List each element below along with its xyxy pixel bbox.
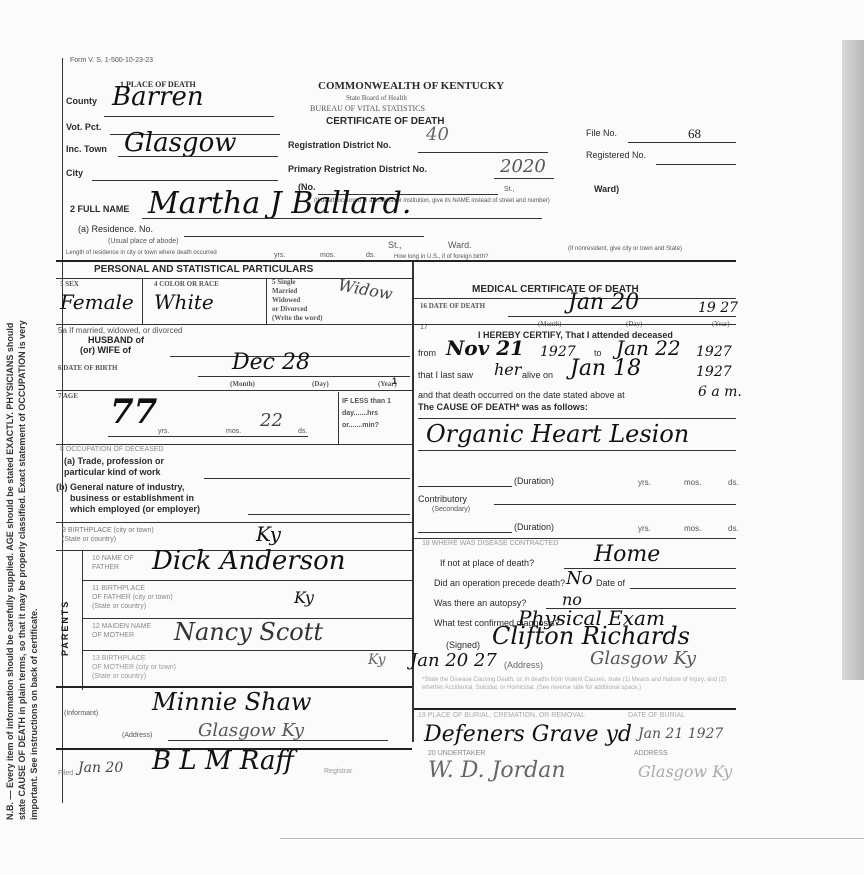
last-saw-date[interactable]: Jan 18 bbox=[570, 356, 641, 381]
informant-value[interactable]: Minnie Shaw bbox=[152, 688, 311, 716]
full-name-line bbox=[142, 218, 542, 219]
date-of-death-line bbox=[508, 316, 736, 317]
row-line bbox=[414, 708, 736, 710]
date-of-label: Date of bbox=[596, 578, 625, 588]
mother-birthplace-label-line: (State or country) bbox=[92, 672, 176, 681]
age-years-value[interactable]: 77 bbox=[110, 392, 157, 432]
form-number: Form V. S. 1-500-10-23-23 bbox=[70, 57, 153, 64]
birthplace-value[interactable]: Ky bbox=[256, 522, 281, 546]
informant-address-line bbox=[168, 740, 388, 741]
death-certificate-form: Form V. S. 1-500-10-23-23 COMMONWEALTH O… bbox=[48, 58, 768, 818]
scanned-page: N.B. — Every item of information should … bbox=[0, 0, 864, 875]
residence-ward-label: Ward. bbox=[448, 240, 472, 250]
less-than-line: IF LESS than 1 bbox=[342, 396, 391, 408]
marital-value[interactable]: Widow bbox=[337, 275, 394, 303]
spouse-label: 5a If married, widowed, or divorced HUSB… bbox=[58, 326, 183, 355]
less-than-line: day.......hrs bbox=[342, 408, 391, 420]
burial-heading: 19 PLACE OF BURIAL, CREMATION, OR REMOVA… bbox=[418, 712, 585, 719]
duration-yrs-1: yrs. bbox=[638, 478, 651, 487]
age-line bbox=[108, 436, 308, 437]
row-line bbox=[414, 538, 736, 539]
left-border bbox=[62, 58, 63, 803]
last-saw-pronoun[interactable]: her bbox=[494, 360, 521, 379]
duration-label-1: (Duration) bbox=[514, 476, 554, 486]
undertaker-address-value[interactable]: Glasgow Ky bbox=[638, 762, 732, 781]
length-mos-label: mos. bbox=[320, 252, 335, 259]
row-line bbox=[82, 580, 412, 581]
city-label: City bbox=[66, 168, 83, 178]
occupation-a-label: (a) Trade, profession or particular kind… bbox=[64, 456, 164, 478]
city-line bbox=[92, 180, 278, 181]
parents-divider bbox=[82, 550, 83, 690]
row-line bbox=[56, 522, 412, 523]
row-line bbox=[56, 324, 412, 325]
undertaker-label: 20 UNDERTAKER bbox=[428, 750, 485, 757]
margin-line-2: state CAUSE OF DEATH in plain terms, so … bbox=[16, 320, 28, 820]
ward-label: Ward) bbox=[594, 184, 619, 194]
st-label: St., bbox=[504, 186, 515, 193]
age-ds-label: ds. bbox=[298, 428, 307, 435]
dob-label: 6 DATE OF BIRTH bbox=[58, 364, 117, 372]
father-birthplace-label-line: (State or country) bbox=[92, 602, 173, 611]
board-name: State Board of Health bbox=[346, 94, 407, 102]
marital-label-line: or Divorced bbox=[272, 305, 322, 314]
registered-no-line bbox=[656, 164, 736, 165]
physician-address-label: (Address) bbox=[504, 660, 543, 670]
margin-line-3: important. See instructions on back of c… bbox=[28, 320, 40, 820]
sex-label: 3 SEX bbox=[60, 280, 79, 288]
registration-district-label: Registration District No. bbox=[288, 140, 391, 150]
mother-name-label: 12 MAIDEN NAME OF MOTHER bbox=[92, 622, 151, 640]
registration-district-line bbox=[418, 152, 548, 153]
duration-label-2: (Duration) bbox=[514, 522, 554, 532]
date-of-death-label: 16 DATE OF DEATH bbox=[420, 302, 485, 310]
mother-name-label-line: 12 MAIDEN NAME bbox=[92, 622, 151, 631]
race-label: 4 COLOR OR RACE bbox=[154, 280, 219, 288]
secondary-label: (Secondary) bbox=[432, 506, 470, 513]
registrar-label: Registrar bbox=[324, 768, 352, 775]
marital-label-line: (Write the word) bbox=[272, 314, 322, 323]
inc-town-label: Inc. Town bbox=[66, 144, 107, 154]
birthplace-label-line: (State or country) bbox=[62, 535, 154, 544]
residence-line bbox=[184, 236, 424, 237]
father-name-label: 10 NAME OF FATHER bbox=[92, 554, 134, 572]
parents-label: PARENTS bbox=[60, 600, 70, 656]
less-than-label: IF LESS than 1 day.......hrs or.......mi… bbox=[342, 396, 391, 432]
operation-label: Did an operation precede death? bbox=[434, 578, 565, 588]
county-line bbox=[104, 116, 274, 117]
occupation-a-line: (a) Trade, profession or bbox=[64, 456, 164, 467]
county-label: County bbox=[66, 96, 97, 106]
physician-signature[interactable]: Clifton Richards bbox=[492, 622, 690, 650]
spouse-label-line: 5a If married, widowed, or divorced bbox=[58, 326, 183, 335]
row-line bbox=[56, 444, 412, 445]
dob-day-label: (Day) bbox=[312, 380, 329, 388]
occupation-b-label: (b) General nature of industry, business… bbox=[56, 482, 200, 515]
attended-to-year[interactable]: 1927 bbox=[696, 344, 732, 360]
cause-label: The CAUSE OF DEATH* was as follows: bbox=[418, 402, 588, 412]
informant-label: (Informant) bbox=[64, 710, 98, 717]
dob-month-label: (Month) bbox=[230, 380, 255, 388]
inc-town-value[interactable]: Glasgow bbox=[124, 128, 236, 158]
birthplace-label: 9 BIRTHPLACE (city or town) (State or co… bbox=[62, 526, 154, 544]
duration-ds-2: ds. bbox=[728, 524, 739, 533]
death-year-value[interactable]: 19 27 bbox=[698, 300, 738, 316]
father-birthplace-label-line: OF FATHER (city or town) bbox=[92, 593, 173, 602]
cause-line-2 bbox=[418, 450, 736, 451]
registration-district-value[interactable]: 40 bbox=[426, 124, 449, 145]
operation-date-line bbox=[630, 588, 736, 589]
file-no-value[interactable]: 68 bbox=[688, 126, 701, 142]
informant-address-label: (Address) bbox=[122, 732, 152, 739]
vot-pct-label: Vot. Pct. bbox=[66, 122, 101, 132]
occupation-a-line bbox=[204, 478, 410, 479]
scan-edge-shadow bbox=[842, 40, 864, 680]
file-no-line bbox=[628, 142, 736, 143]
father-name-value[interactable]: Dick Anderson bbox=[152, 546, 345, 576]
signed-label: (Signed) bbox=[446, 640, 480, 650]
mother-birthplace-value[interactable]: Ky bbox=[368, 652, 385, 668]
duration-mos-2: mos. bbox=[684, 524, 701, 533]
father-birthplace-value[interactable]: Ky bbox=[294, 588, 314, 607]
sex-race-divider bbox=[142, 278, 143, 324]
occupation-b-line bbox=[248, 514, 410, 515]
not-at-place-label: If not at place of death? bbox=[440, 558, 534, 568]
mother-name-value[interactable]: Nancy Scott bbox=[174, 618, 323, 646]
less-than-line: or.......min? bbox=[342, 420, 391, 432]
age-mos-label: mos. bbox=[226, 428, 241, 435]
burial-date-value[interactable]: Jan 21 1927 bbox=[638, 726, 723, 742]
filed-label: Filed bbox=[58, 770, 73, 777]
burial-date-label: DATE OF BURIAL bbox=[628, 712, 685, 719]
occupation-heading: 8 OCCUPATION OF DECEASED bbox=[60, 446, 164, 453]
item-17: 17 bbox=[420, 324, 428, 331]
contributory-label: Contributory bbox=[418, 494, 467, 504]
margin-line-1: N.B. — Every item of information should … bbox=[4, 320, 16, 820]
marital-label: 5 Single Married Widowed or Divorced (Wr… bbox=[272, 278, 322, 323]
commonwealth-title: COMMONWEALTH OF KENTUCKY bbox=[318, 80, 504, 92]
physician-address-value[interactable]: Glasgow Ky bbox=[590, 648, 696, 669]
primary-registration-line bbox=[494, 178, 554, 179]
signed-date[interactable]: Jan 20 27 bbox=[410, 650, 497, 671]
mother-name-label-line: OF MOTHER bbox=[92, 631, 151, 640]
age-yrs-label: yrs. bbox=[158, 428, 169, 435]
not-at-place-value[interactable]: Home bbox=[594, 542, 660, 567]
contributory-line bbox=[494, 504, 736, 505]
undertaker-value[interactable]: W. D. Jordan bbox=[428, 758, 566, 783]
occupation-a-line: particular kind of work bbox=[64, 467, 164, 478]
primary-registration-label: Primary Registration District No. bbox=[288, 164, 427, 174]
mother-birthplace-label: 13 BIRTHPLACE OF MOTHER (city or town) (… bbox=[92, 654, 176, 681]
attended-from-value[interactable]: Nov 21 bbox=[446, 336, 524, 360]
marital-label-line: 5 Single bbox=[272, 278, 322, 287]
length-ds-label: ds. bbox=[366, 252, 375, 259]
last-saw-label: that I last saw bbox=[418, 370, 473, 380]
informant-address-value[interactable]: Glasgow Ky bbox=[198, 720, 304, 741]
dob-value[interactable]: Dec 28 bbox=[232, 350, 310, 375]
duration-yrs-2: yrs. bbox=[638, 524, 651, 533]
cause-footnote: *State the Disease Causing Death, or, in… bbox=[422, 676, 742, 692]
file-no-label: File No. bbox=[586, 128, 617, 138]
row-line bbox=[82, 650, 412, 651]
age-label: 7 AGE bbox=[58, 392, 78, 400]
race-value[interactable]: White bbox=[154, 290, 214, 314]
margin-instructions: N.B. — Every item of information should … bbox=[4, 320, 40, 820]
registered-no-label: Registered No. bbox=[586, 150, 646, 160]
time-of-death[interactable]: 6 a m. bbox=[698, 384, 742, 400]
personal-heading: PERSONAL AND STATISTICAL PARTICULARS bbox=[94, 264, 313, 275]
scan-bottom-edge bbox=[280, 838, 864, 859]
occurred-label: and that death occurred on the date stat… bbox=[418, 390, 625, 400]
marital-label-line: Widowed bbox=[272, 296, 322, 305]
birthplace-label-line: 9 BIRTHPLACE (city or town) bbox=[62, 526, 154, 535]
filed-value[interactable]: Jan 20 bbox=[78, 760, 123, 776]
dob-year-label: (Year) bbox=[378, 380, 397, 388]
section-divider bbox=[56, 260, 736, 262]
undertaker-address-label: ADDRESS bbox=[634, 750, 668, 757]
operation-value[interactable]: No bbox=[566, 568, 593, 589]
occupation-b-line: (b) General nature of industry, bbox=[56, 482, 200, 493]
autopsy-label: Was there an autopsy? bbox=[434, 598, 526, 608]
age-days-value[interactable]: 22 bbox=[260, 410, 283, 431]
cause-line-1 bbox=[418, 418, 736, 419]
cause-value[interactable]: Organic Heart Lesion bbox=[426, 420, 689, 448]
length-yrs-label: yrs. bbox=[274, 252, 285, 259]
row-line bbox=[56, 390, 412, 391]
last-saw-year[interactable]: 1927 bbox=[696, 364, 732, 380]
duration-ds-1: ds. bbox=[728, 478, 739, 487]
father-birthplace-label-line: 11 BIRTHPLACE bbox=[92, 584, 173, 593]
bureau-name: BUREAU OF VITAL STATISTICS bbox=[310, 104, 425, 113]
father-name-label-line: 10 NAME OF bbox=[92, 554, 134, 563]
mother-birthplace-label-line: OF MOTHER (city or town) bbox=[92, 663, 176, 672]
full-name-label: 2 FULL NAME bbox=[70, 204, 129, 214]
full-name-value[interactable]: Martha J Ballard. bbox=[148, 186, 411, 221]
occupation-b-line: which employed (or employer) bbox=[56, 504, 200, 515]
dob-line bbox=[198, 376, 410, 377]
row-line bbox=[414, 324, 736, 325]
spouse-label-line: HUSBAND of bbox=[58, 335, 183, 345]
occupation-b-line: business or establishment in bbox=[56, 493, 200, 504]
age-divider bbox=[338, 392, 339, 444]
race-marital-divider bbox=[266, 278, 267, 324]
usual-abode-note: (Usual place of abode) bbox=[108, 238, 178, 245]
duration-line bbox=[418, 532, 512, 533]
alive-on-label: alive on bbox=[522, 370, 553, 380]
inc-town-line bbox=[118, 156, 278, 157]
duration-line bbox=[418, 486, 512, 487]
length-residence-label: Length of residence in city or town wher… bbox=[66, 250, 217, 256]
residence-label: (a) Residence. No. bbox=[78, 224, 153, 234]
burial-value[interactable]: Defeners Grave yd bbox=[424, 722, 632, 747]
primary-registration-value[interactable]: 2020 bbox=[500, 156, 546, 177]
marital-label-line: Married bbox=[272, 287, 322, 296]
county-value[interactable]: Barren bbox=[112, 82, 204, 112]
from-label: from bbox=[418, 348, 436, 358]
father-name-label-line: FATHER bbox=[92, 563, 134, 572]
nonresident-note: (If nonresident, give city or town and S… bbox=[568, 246, 682, 252]
duration-mos-1: mos. bbox=[684, 478, 701, 487]
spouse-label-line: (or) WIFE of bbox=[58, 345, 183, 355]
residence-st-label: St., bbox=[388, 240, 402, 250]
registrar-signature[interactable]: B L M Raff bbox=[152, 746, 294, 776]
mother-birthplace-label-line: 13 BIRTHPLACE bbox=[92, 654, 176, 663]
date-of-death-value[interactable]: Jan 20 bbox=[568, 290, 639, 315]
sex-value[interactable]: Female bbox=[60, 290, 134, 314]
father-birthplace-label: 11 BIRTHPLACE OF FATHER (city or town) (… bbox=[92, 584, 173, 611]
where-contracted-label: 18 WHERE WAS DISEASE CONTRACTED bbox=[422, 540, 558, 547]
